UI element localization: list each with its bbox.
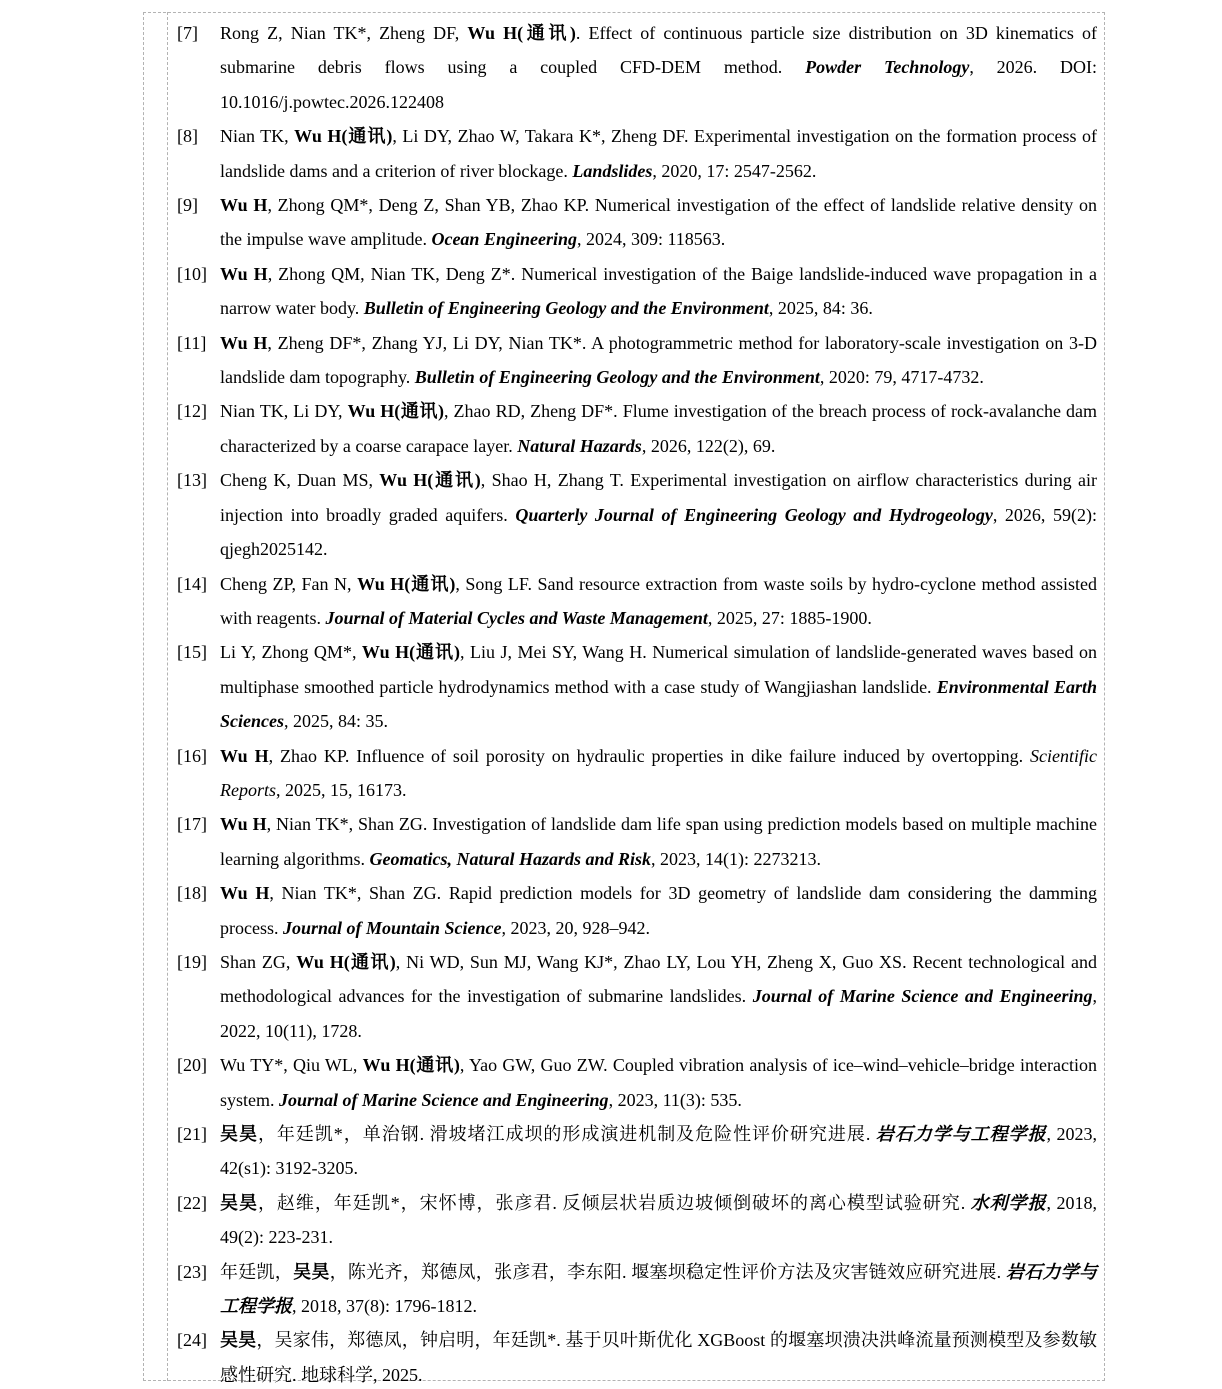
text-run: , 2025, 15, 16173.	[276, 780, 407, 800]
reference-entry: [9]Wu H, Zhong QM*, Deng Z, Shan YB, Zha…	[177, 188, 1097, 257]
document-page: { "page": { "boundary_color": "#b3b3b3",…	[0, 0, 1222, 1389]
reference-number: [23]	[177, 1255, 207, 1289]
text-run: ，赵维，年廷凯*，宋怀博，张彦君. 反倾层状岩质边坡倾倒破坏的离心模型试验研究.	[258, 1193, 971, 1213]
reference-text: Rong Z, Nian TK*, Zheng DF, Wu H(通讯). Ef…	[220, 23, 1097, 112]
reference-text: 吴昊，赵维，年廷凯*，宋怀博，张彦君. 反倾层状岩质边坡倾倒破坏的离心模型试验研…	[220, 1193, 1097, 1247]
text-run: Wu H	[220, 195, 267, 215]
reference-list: [7]Rong Z, Nian TK*, Zheng DF, Wu H(通讯).…	[177, 16, 1097, 1389]
reference-number: [20]	[177, 1048, 207, 1082]
reference-entry: [22]吴昊，赵维，年廷凯*，宋怀博，张彦君. 反倾层状岩质边坡倾倒破坏的离心模…	[177, 1186, 1097, 1255]
text-run: Journal of Marine Science and Engineerin…	[753, 986, 1093, 1006]
reference-text: 吴昊，吴家伟，郑德凤，钟启明，年廷凯*. 基于贝叶斯优化 XGBoost 的堰塞…	[220, 1330, 1097, 1384]
reference-number: [16]	[177, 739, 207, 773]
text-run: ，陈光齐，郑德凤，张彦君，李东阳. 堰塞坝稳定性评价方法及灾害链效应研究进展.	[330, 1262, 1006, 1282]
text-run: 岩石力学与工程学报	[876, 1124, 1047, 1144]
reference-entry: [19]Shan ZG, Wu H(通讯), Ni WD, Sun MJ, Wa…	[177, 945, 1097, 1048]
reference-entry: [16]Wu H, Zhao KP. Influence of soil por…	[177, 739, 1097, 808]
text-run: Cheng K, Duan MS,	[220, 470, 379, 490]
text-run: Wu TY*, Qiu WL,	[220, 1055, 363, 1075]
text-run: , 2020: 79, 4717-4732.	[820, 367, 984, 387]
text-run: Nian TK,	[220, 126, 294, 146]
reference-text: Wu TY*, Qiu WL, Wu H(通讯), Yao GW, Guo ZW…	[220, 1055, 1097, 1109]
reference-entry: [10]Wu H, Zhong QM, Nian TK, Deng Z*. Nu…	[177, 257, 1097, 326]
text-run: Nian TK, Li DY,	[220, 401, 348, 421]
text-run: Journal of Material Cycles and Waste Man…	[325, 608, 707, 628]
reference-number: [24]	[177, 1323, 207, 1357]
reference-entry: [15]Li Y, Zhong QM*, Wu H(通讯), Liu J, Me…	[177, 635, 1097, 738]
reference-entry: [12]Nian TK, Li DY, Wu H(通讯), Zhao RD, Z…	[177, 394, 1097, 463]
text-run: Wu H(通讯)	[357, 574, 455, 594]
text-run: Journal of Marine Science and Engineerin…	[279, 1090, 609, 1110]
text-run: , 2025, 27: 1885-1900.	[708, 608, 872, 628]
text-run: Natural Hazards	[517, 436, 642, 456]
reference-entry: [21]吴昊，年廷凯*，单治钢. 滑坡堵江成坝的形成演进机制及危险性评价研究进展…	[177, 1117, 1097, 1186]
reference-number: [9]	[177, 188, 198, 222]
text-run: Journal of Mountain Science	[283, 918, 502, 938]
reference-text: Nian TK, Li DY, Wu H(通讯), Zhao RD, Zheng…	[220, 401, 1097, 455]
reference-number: [22]	[177, 1186, 207, 1220]
text-run: 年廷凯，	[220, 1262, 293, 1282]
text-run: Li Y, Zhong QM*,	[220, 642, 362, 662]
reference-text: Wu H, Zheng DF*, Zhang YJ, Li DY, Nian T…	[220, 333, 1097, 387]
text-run: Wu H	[220, 746, 269, 766]
reference-text: Wu H, Zhong QM, Nian TK, Deng Z*. Numeri…	[220, 264, 1097, 318]
reference-text: 年廷凯，吴昊，陈光齐，郑德凤，张彦君，李东阳. 堰塞坝稳定性评价方法及灾害链效应…	[220, 1262, 1097, 1316]
reference-text: Wu H, Nian TK*, Shan ZG. Rapid predictio…	[220, 883, 1097, 937]
text-run: ，年廷凯*，单治钢. 滑坡堵江成坝的形成演进机制及危险性评价研究进展.	[258, 1124, 876, 1144]
text-run: ，吴家伟，郑德凤，钟启明，年廷凯*. 基于贝叶斯优化 XGBoost 的堰塞坝溃…	[220, 1330, 1097, 1384]
reference-number: [12]	[177, 394, 207, 428]
text-run: Wu H(通讯)	[379, 470, 480, 490]
reference-number: [19]	[177, 945, 207, 979]
text-run: Wu H	[220, 883, 269, 903]
reference-text: Wu H, Nian TK*, Shan ZG. Investigation o…	[220, 814, 1097, 868]
reference-entry: [24]吴昊，吴家伟，郑德凤，钟启明，年廷凯*. 基于贝叶斯优化 XGBoost…	[177, 1323, 1097, 1389]
text-run: Bulletin of Engineering Geology and the …	[415, 367, 820, 387]
reference-entry: [14]Cheng ZP, Fan N, Wu H(通讯), Song LF. …	[177, 567, 1097, 636]
reference-text: 吴昊，年廷凯*，单治钢. 滑坡堵江成坝的形成演进机制及危险性评价研究进展. 岩石…	[220, 1124, 1097, 1178]
text-run: Wu H(通讯)	[362, 642, 460, 662]
reference-number: [21]	[177, 1117, 207, 1151]
reference-number: [18]	[177, 876, 207, 910]
text-run: , 2024, 309: 118563.	[577, 229, 725, 249]
reference-entry: [18]Wu H, Nian TK*, Shan ZG. Rapid predi…	[177, 876, 1097, 945]
reference-entry: [11]Wu H, Zheng DF*, Zhang YJ, Li DY, Ni…	[177, 326, 1097, 395]
reference-number: [10]	[177, 257, 207, 291]
text-run: , 2023, 14(1): 2273213.	[651, 849, 821, 869]
text-run: Wu H(通讯)	[363, 1055, 460, 1075]
reference-number: [14]	[177, 567, 207, 601]
text-run: Wu H	[220, 333, 267, 353]
text-run: Rong Z, Nian TK*, Zheng DF,	[220, 23, 467, 43]
text-run: Quarterly Journal of Engineering Geology…	[515, 505, 993, 525]
text-run: , 2023, 11(3): 535.	[609, 1090, 742, 1110]
text-run: Ocean Engineering	[431, 229, 577, 249]
reference-text: Wu H, Zhao KP. Influence of soil porosit…	[220, 746, 1097, 800]
text-run: 吴昊	[220, 1193, 258, 1213]
text-run: Wu H(通讯)	[467, 23, 576, 43]
text-run: , 2023, 20, 928–942.	[502, 918, 651, 938]
reference-entry: [17]Wu H, Nian TK*, Shan ZG. Investigati…	[177, 807, 1097, 876]
reference-number: [13]	[177, 463, 207, 497]
reference-number: [8]	[177, 119, 198, 153]
reference-text: Cheng K, Duan MS, Wu H(通讯), Shao H, Zhan…	[220, 470, 1097, 559]
reference-number: [7]	[177, 16, 198, 50]
text-run: Geomatics, Natural Hazards and Risk	[369, 849, 651, 869]
text-run: , Zhao KP. Influence of soil porosity on…	[269, 746, 1030, 766]
reference-number: [11]	[177, 326, 206, 360]
text-run: , 2020, 17: 2547-2562.	[652, 161, 816, 181]
text-run: 吴昊	[220, 1330, 256, 1350]
text-run: , 2025, 84: 35.	[284, 711, 388, 731]
reference-entry: [8]Nian TK, Wu H(通讯), Li DY, Zhao W, Tak…	[177, 119, 1097, 188]
text-run: Wu H(通讯)	[294, 126, 392, 146]
text-run: Landslides	[572, 161, 652, 181]
text-run: , 2025, 84: 36.	[769, 298, 873, 318]
reference-text: Wu H, Zhong QM*, Deng Z, Shan YB, Zhao K…	[220, 195, 1097, 249]
text-run: Cheng ZP, Fan N,	[220, 574, 357, 594]
text-run: , 2026, 122(2), 69.	[642, 436, 776, 456]
text-run: , 2018, 37(8): 1796-1812.	[292, 1296, 477, 1316]
text-run: Powder Technology	[805, 57, 969, 77]
reference-number: [17]	[177, 807, 207, 841]
reference-text: Li Y, Zhong QM*, Wu H(通讯), Liu J, Mei SY…	[220, 642, 1097, 731]
reference-text: Nian TK, Wu H(通讯), Li DY, Zhao W, Takara…	[220, 126, 1097, 180]
reference-entry: [13]Cheng K, Duan MS, Wu H(通讯), Shao H, …	[177, 463, 1097, 566]
text-run: Wu H(通讯)	[348, 401, 444, 421]
text-run: Wu H(通讯)	[296, 952, 396, 972]
reference-text: Cheng ZP, Fan N, Wu H(通讯), Song LF. Sand…	[220, 574, 1097, 628]
text-run: Wu H	[220, 814, 267, 834]
left-margin-boundary-line	[167, 12, 168, 1381]
reference-entry: [23]年廷凯，吴昊，陈光齐，郑德凤，张彦君，李东阳. 堰塞坝稳定性评价方法及灾…	[177, 1255, 1097, 1324]
reference-entry: [7]Rong Z, Nian TK*, Zheng DF, Wu H(通讯).…	[177, 16, 1097, 119]
reference-number: [15]	[177, 635, 207, 669]
text-run: Bulletin of Engineering Geology and the …	[364, 298, 769, 318]
text-run: 吴昊	[220, 1124, 258, 1144]
text-run: Wu H	[220, 264, 268, 284]
text-run: 吴昊	[293, 1262, 330, 1282]
text-run: 水利学报	[971, 1193, 1047, 1213]
reference-entry: [20]Wu TY*, Qiu WL, Wu H(通讯), Yao GW, Gu…	[177, 1048, 1097, 1117]
reference-text: Shan ZG, Wu H(通讯), Ni WD, Sun MJ, Wang K…	[220, 952, 1097, 1041]
text-run: Shan ZG,	[220, 952, 296, 972]
